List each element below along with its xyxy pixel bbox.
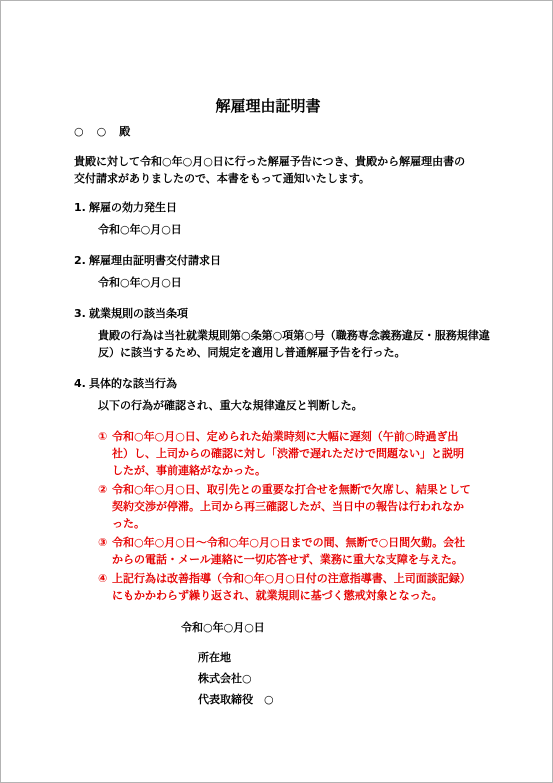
section-dismissal-effective-date: 1. 解雇の効力発生日 令和○年○月○日 — [74, 199, 492, 238]
document-page: 解雇理由証明書 ○ ○ 殿 貴殿に対して令和○年○月○日に行った解雇予告につき、… — [0, 0, 553, 783]
addressee: ○ ○ 殿 — [74, 123, 492, 140]
issuer-company-name: 株式会社○ — [198, 670, 492, 691]
section-heading: 解雇理由証明書交付請求日 — [89, 252, 221, 269]
intro-paragraph: 貴殿に対して令和○年○月○日に行った解雇予告につき、貴殿から解雇理由書の交付請求… — [74, 153, 476, 187]
section-number: 1. — [74, 199, 89, 216]
violation-number: ③ — [98, 534, 112, 568]
violation-item: ④ 上記行為は改善指導（令和○年○月○日付の注意指導書、上司面談記録）にもかかわ… — [98, 570, 492, 604]
violation-text: 令和○年○月○日、取引先との重要な打合せを無断で欠席し、結果として契約交渉が停滞… — [112, 481, 472, 532]
section-number: 3. — [74, 305, 89, 322]
violation-item: ③ 令和○年○月○日～令和○年○月○日までの間、無断で○日間欠勤。会社からの電話… — [98, 534, 492, 568]
violation-list: ① 令和○年○月○日、定められた始業時刻に大幅に遅刻（午前○時過ぎ出社）し、上司… — [98, 428, 492, 604]
section-body: 令和○年○月○日 — [98, 221, 490, 238]
violation-item: ② 令和○年○月○日、取引先との重要な打合せを無断で欠席し、結果として契約交渉が… — [98, 481, 492, 532]
section-heading: 就業規則の該当条項 — [89, 305, 188, 322]
section-heading-row: 3. 就業規則の該当条項 — [74, 305, 492, 322]
violation-number: ④ — [98, 570, 112, 604]
section-specific-acts: 4. 具体的な該当行為 以下の行為が確認され、重大な規律違反と判断した。 — [74, 375, 492, 414]
violation-number: ① — [98, 428, 112, 479]
issue-date: 令和○年○月○日 — [181, 619, 492, 636]
violation-number: ② — [98, 481, 112, 532]
issuer-location-label: 所在地 — [198, 649, 492, 670]
section-body: 貴殿の行為は当社就業規則第○条第○項第○号（職務専念義務違反・服務規律違反）に該… — [98, 327, 490, 361]
issuer-representative: 代表取締役 ○ — [198, 691, 492, 712]
section-body: 令和○年○月○日 — [98, 274, 490, 291]
section-heading: 解雇の効力発生日 — [89, 199, 177, 216]
violation-item: ① 令和○年○月○日、定められた始業時刻に大幅に遅刻（午前○時過ぎ出社）し、上司… — [98, 428, 492, 479]
section-heading-row: 2. 解雇理由証明書交付請求日 — [74, 252, 492, 269]
violation-text: 令和○年○月○日～令和○年○月○日までの間、無断で○日間欠勤。会社からの電話・メ… — [112, 534, 472, 568]
section-heading-row: 1. 解雇の効力発生日 — [74, 199, 492, 216]
violation-text: 上記行為は改善指導（令和○年○月○日付の注意指導書、上司面談記録）にもかかわらず… — [112, 570, 472, 604]
section-number: 4. — [74, 375, 89, 392]
violation-text: 令和○年○月○日、定められた始業時刻に大幅に遅刻（午前○時過ぎ出社）し、上司から… — [112, 428, 472, 479]
section-heading: 具体的な該当行為 — [89, 375, 177, 392]
section-heading-row: 4. 具体的な該当行為 — [74, 375, 492, 392]
section-number: 2. — [74, 252, 89, 269]
section-body: 以下の行為が確認され、重大な規律違反と判断した。 — [98, 397, 490, 414]
issuer-block: 所在地 株式会社○ 代表取締役 ○ — [198, 649, 492, 712]
document-title: 解雇理由証明書 — [74, 97, 462, 115]
section-certificate-request-date: 2. 解雇理由証明書交付請求日 令和○年○月○日 — [74, 252, 492, 291]
section-work-rules-clause: 3. 就業規則の該当条項 貴殿の行為は当社就業規則第○条第○項第○号（職務専念義… — [74, 305, 492, 361]
